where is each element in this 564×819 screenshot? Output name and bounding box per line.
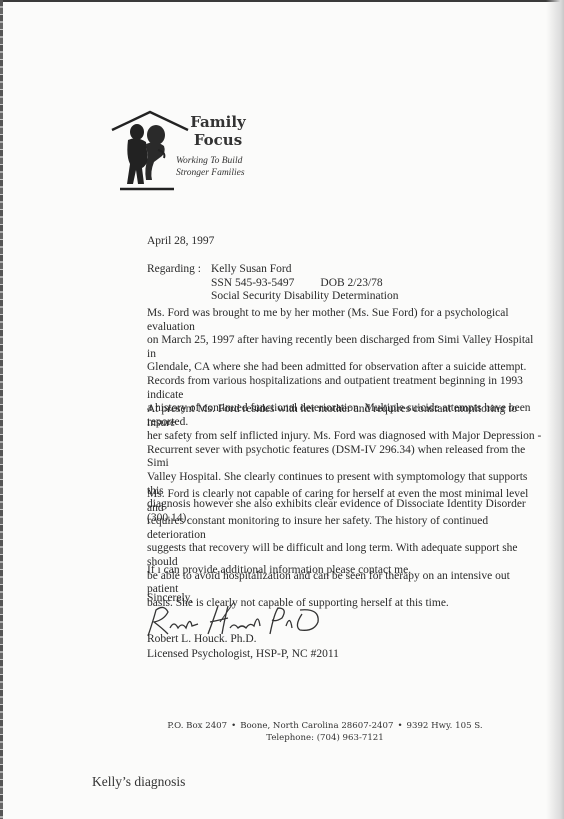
patient-ssn: SSN 545-93-5497 — [211, 277, 294, 289]
patient-name: Kelly Susan Ford — [211, 263, 398, 277]
letterhead-footer: P.O. Box 2407•Boone, North Carolina 2860… — [160, 720, 490, 744]
org-tagline: Working To Build Stronger Families — [176, 155, 276, 179]
binding-edge — [0, 0, 3, 819]
org-name-line1: Family — [183, 113, 253, 131]
footer-city: Boone, North Carolina 28607-2407 — [240, 721, 393, 731]
footer-telephone: Telephone: (704) 963-7121 — [160, 732, 490, 744]
letter-date: April 28, 1997 — [147, 235, 214, 247]
org-name: Family Focus — [183, 113, 253, 149]
signatory-title: Licensed Psychologist, HSP-P, NC #2011 — [147, 647, 339, 662]
regarding-subject: Social Security Disability Determination — [211, 290, 398, 304]
regarding-block: Kelly Susan Ford SSN 545-93-5497DOB 2/23… — [211, 263, 398, 304]
tagline-line2: Stronger Families — [176, 167, 276, 179]
org-name-line2: Focus — [183, 131, 253, 149]
tagline-line1: Working To Build — [176, 155, 276, 167]
footer-po-box: P.O. Box 2407 — [167, 721, 227, 731]
page-caption: Kelly’s diagnosis — [92, 774, 185, 790]
patient-dob: DOB 2/23/78 — [320, 277, 382, 289]
page-top-edge — [0, 0, 564, 2]
regarding-label: Regarding : — [147, 263, 201, 275]
ssn-dob-line: SSN 545-93-5497DOB 2/23/78 — [211, 277, 398, 291]
paragraph-prognosis: Ms. Ford is clearly not capable of carin… — [147, 488, 542, 610]
paragraph-contact: If ı can provide additional information … — [147, 564, 542, 578]
signatory-name: Robert L. Houck. Ph.D. — [147, 632, 339, 647]
signatory-block: Robert L. Houck. Ph.D. Licensed Psycholo… — [147, 632, 339, 662]
bullet-separator: • — [227, 721, 240, 731]
bullet-separator: • — [393, 721, 406, 731]
page-right-shadow — [546, 0, 564, 819]
footer-address: P.O. Box 2407•Boone, North Carolina 2860… — [160, 720, 490, 732]
footer-street: 9392 Hwy. 105 S. — [407, 721, 483, 731]
